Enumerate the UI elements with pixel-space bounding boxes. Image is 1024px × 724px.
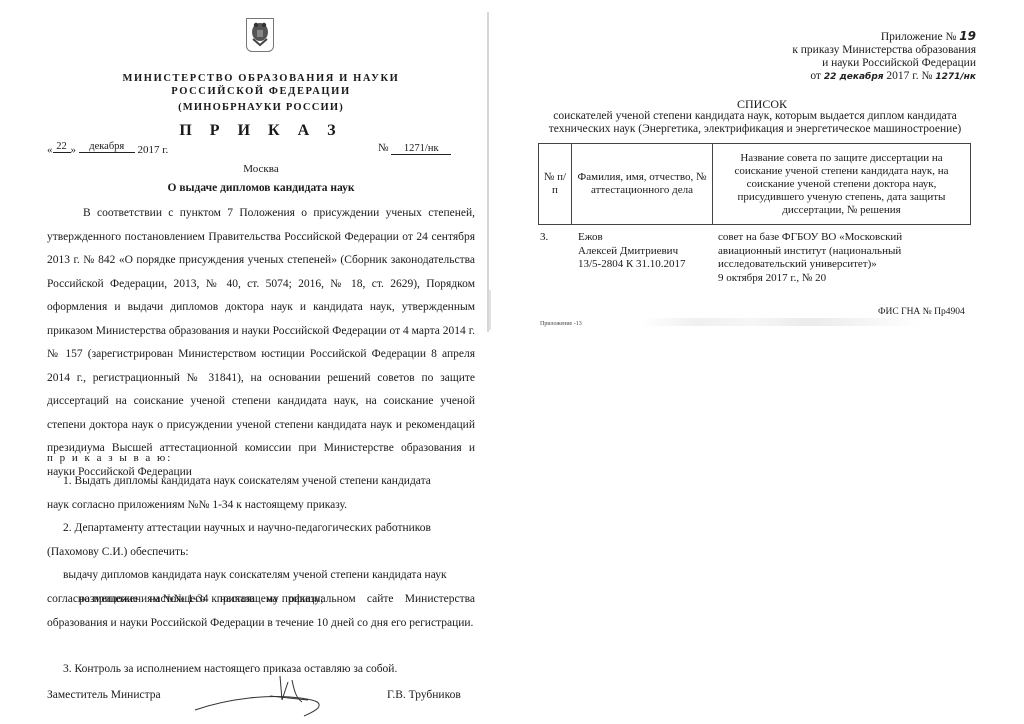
candidate-surname: Ежов xyxy=(578,231,686,245)
council-line-3: исследовательский университет)» xyxy=(718,258,902,272)
appendix-date-handwritten: 22 декабря xyxy=(824,72,884,82)
ministry-short-name: (МИНОБРНАУКИ РОССИИ) xyxy=(100,102,422,113)
preamble-paragraph: В соответствии с пунктом 7 Положения о п… xyxy=(47,202,475,484)
item-2-line-1: 2. Департаменту аттестации научных и нау… xyxy=(47,517,475,541)
item-2-line-2: (Пахомову С.И.) обеспечить: xyxy=(47,541,475,565)
ministry-line-1: МИНИСТЕРСТВО ОБРАЗОВАНИЯ И НАУКИ xyxy=(100,72,422,85)
coat-of-arms-icon xyxy=(246,18,274,52)
item-2: 2. Департаменту аттестации научных и нау… xyxy=(47,517,475,564)
item-1: 1. Выдать дипломы кандидата наук соискат… xyxy=(47,470,475,517)
appendix-header: Приложение № 19 к приказу Министерства о… xyxy=(736,30,976,84)
ministry-name: МИНИСТЕРСТВО ОБРАЗОВАНИЯ И НАУКИ РОССИЙС… xyxy=(100,72,422,98)
date-day: 22 xyxy=(53,141,71,153)
council-line-2: авиационный институт (национальный xyxy=(718,245,902,259)
date-month: декабря xyxy=(79,141,135,153)
item-1-line-1: 1. Выдать дипломы кандидата наук соискат… xyxy=(47,470,475,494)
list-subtitle-line-2: технических наук (Энергетика, электрифик… xyxy=(505,123,1005,136)
list-subtitle: соискателей ученой степени кандидата нау… xyxy=(505,110,1005,136)
page-divider-lower xyxy=(489,290,491,330)
appendix-date-line: от 22 декабря 2017 г. № 1271/нк xyxy=(736,70,976,84)
appendix-label-line: Приложение № 19 xyxy=(736,30,976,44)
signer-role: Заместитель Министра xyxy=(47,689,161,701)
candidate-given-names: Алексей Дмитриевич xyxy=(578,245,686,259)
header-number: № п/п xyxy=(539,144,572,225)
candidate-case-number: 13/5-2804 К 31.10.2017 xyxy=(578,258,686,272)
item-1-line-2: наук согласно приложениям №№ 1-34 к наст… xyxy=(47,494,475,518)
list-subtitle-line-1: соискателей ученой степени кандидата нау… xyxy=(505,110,1005,123)
candidates-table-header: № п/п Фамилия, имя, отчество, № аттестац… xyxy=(538,143,971,225)
order-title: О выдаче дипломов кандидата наук xyxy=(100,182,422,194)
page-divider xyxy=(487,12,489,332)
order-number: № 1271/нк xyxy=(378,142,451,155)
ministry-line-2: РОССИЙСКОЙ ФЕДЕРАЦИИ xyxy=(100,85,422,98)
row-candidate: Ежов Алексей Дмитриевич 13/5-2804 К 31.1… xyxy=(578,231,686,272)
appendix-from: от xyxy=(810,70,821,82)
appendix-line-3: и науки Российской Федерации xyxy=(736,57,976,70)
document-type: П Р И К А З xyxy=(100,122,422,140)
item-2b: размещение настоящего приказа на официал… xyxy=(47,588,475,635)
council-line-1: совет на базе ФГБОУ ВО «Московский xyxy=(718,231,902,245)
appendix-number-handwritten: 1271/нк xyxy=(935,72,976,82)
appendix-number: 19 xyxy=(959,29,976,43)
row-number: 3. xyxy=(540,231,548,245)
appendix-year: 2017 г. № xyxy=(886,70,932,82)
date-year: 2017 г. xyxy=(138,144,169,156)
appendix-line-2: к приказу Министерства образования xyxy=(736,44,976,57)
city: Москва xyxy=(100,163,422,175)
footer-fis-number: ФИС ГНА № Пр4904 xyxy=(878,307,965,317)
number-value: 1271/нк xyxy=(391,143,451,155)
order-date: «22» декабря 2017 г. xyxy=(47,144,168,157)
header-council: Название совета по защите диссертации на… xyxy=(713,144,971,225)
signature-icon xyxy=(190,672,330,722)
appendix-label: Приложение № xyxy=(881,31,957,43)
footer-appendix-ref: Приложение -13 xyxy=(540,321,582,327)
row-council: совет на базе ФГБОУ ВО «Московский авиац… xyxy=(718,231,902,285)
header-name: Фамилия, имя, отчество, № аттестационног… xyxy=(572,144,713,225)
item-2a-line-1: выдачу дипломов кандидата наук соискател… xyxy=(47,564,475,588)
council-line-4: 9 октября 2017 г., № 20 xyxy=(718,272,902,286)
scan-noise xyxy=(640,318,920,326)
order-word: п р и к а з ы в а ю: xyxy=(47,452,172,464)
signer-name: Г.В. Трубников xyxy=(387,689,461,701)
quote-close: » xyxy=(71,144,77,156)
number-label: № xyxy=(378,142,389,154)
